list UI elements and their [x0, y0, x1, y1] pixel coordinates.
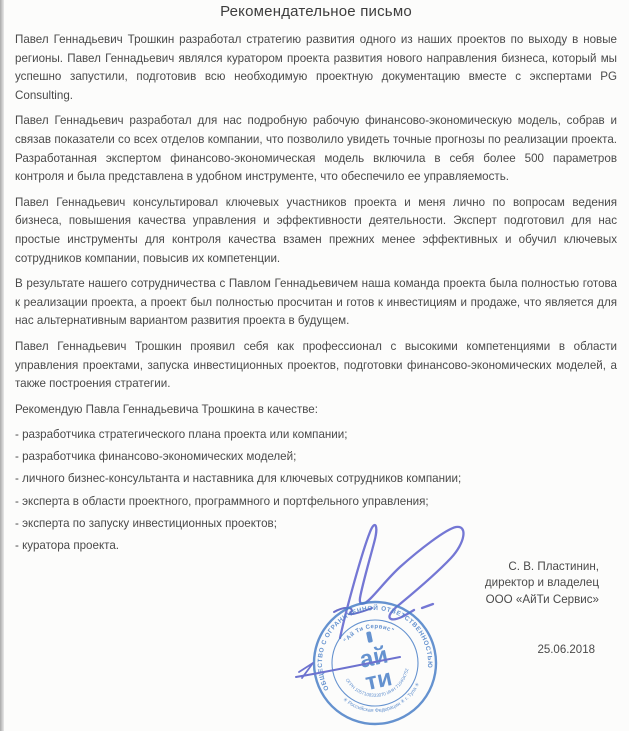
paragraph-recommend-intro: Рекомендую Павла Геннадьевича Трошкина в…: [15, 401, 617, 420]
document-title: Рекомендательное письмо: [15, 3, 617, 20]
signatory-block: С. В. Пластинин, директор и владелец ООО…: [485, 559, 599, 608]
recommendation-item-4: - эксперта в области проектного, програм…: [15, 493, 617, 512]
paragraph-2: Павел Геннадьевич разработал для нас под…: [15, 112, 617, 186]
signatory-role: директор и владелец: [485, 575, 599, 591]
recommendation-item-1: - разработчика стратегического плана про…: [15, 426, 617, 445]
signature-flourish: [292, 652, 407, 684]
stamp-logo-mark: [366, 631, 373, 643]
scan-edge-left: [0, 0, 4, 731]
signatory-company: ООО «АйТи Сервис»: [485, 592, 599, 608]
paragraph-3: Павел Геннадьевич консультировал ключевы…: [15, 194, 617, 268]
signatory-name: С. В. Пластинин,: [485, 559, 599, 575]
recommendation-item-3: - личного бизнес-консультанта и наставни…: [15, 470, 617, 489]
document-date: 25.06.2018: [537, 644, 595, 656]
recommendation-item-2: - разработчика финансово-экономических м…: [15, 448, 617, 467]
paragraph-4: В результате нашего сотрудничества с Пав…: [15, 275, 617, 331]
paragraph-1: Павел Геннадьевич Трошкин разработал стр…: [15, 31, 617, 105]
document-page: Рекомендательное письмо Павел Геннадьеви…: [0, 0, 629, 731]
letter-body: Рекомендательное письмо Павел Геннадьеви…: [15, 3, 617, 559]
paragraph-5: Павел Геннадьевич Трошкин проявил себя к…: [15, 338, 617, 394]
